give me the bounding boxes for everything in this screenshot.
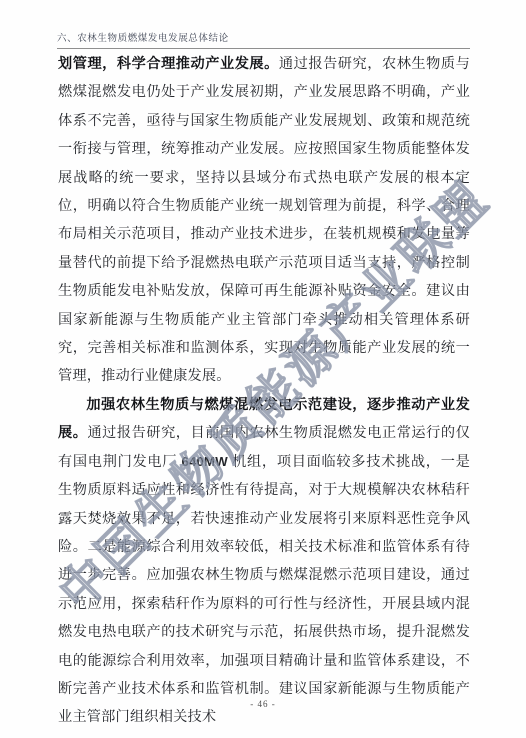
document-page: 六、农林生物质燃煤发电发展总体结论 中国生物质能源产业联盟 划管理，科学合理推动… [0, 0, 526, 738]
section-header-title: 六、农林生物质燃煤发电发展总体结论 [57, 34, 229, 44]
paragraph-2: 加强农林生物质与燃煤混燃发电示范建设，逐步推动产业发展。通过报告研究，目前国内农… [58, 391, 470, 732]
paragraph-2-text-after-capacity: 机组，项目面临较多技术挑战，一是生物质原料适应性和经济性有待提高，对于大规模解决… [58, 454, 470, 726]
document-body: 划管理，科学合理推动产业发展。通过报告研究，农林生物质与燃煤混燃发电仍处于产业发… [58, 50, 470, 732]
plant-capacity-value: 640MW [181, 454, 227, 469]
paragraph-1-bold-lead: 划管理，科学合理推动产业发展。 [58, 56, 279, 72]
page-header: 六、农林生物质燃煤发电发展总体结论 [57, 30, 470, 49]
paragraph-1: 划管理，科学合理推动产业发展。通过报告研究，农林生物质与燃煤混燃发电仍处于产业发… [58, 50, 470, 391]
page-number: - 46 - [0, 699, 526, 709]
paragraph-1-text: 通过报告研究，农林生物质与燃煤混燃发电仍处于产业发展初期，产业发展思路不明确，产… [58, 56, 470, 384]
